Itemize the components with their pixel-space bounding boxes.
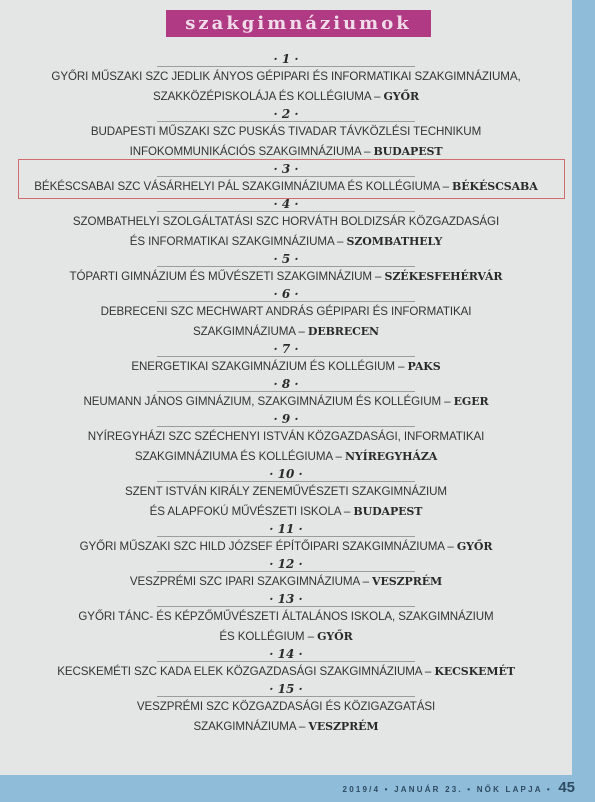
rank-number: · 14 · (0, 647, 572, 661)
school-name-line: ENERGETIKAI SZAKGIMNÁZIUM ÉS KOLLÉGIUM –… (0, 357, 572, 377)
rank-number: · 4 · (0, 197, 572, 211)
city-name: EGER (454, 395, 489, 408)
school-name-line: SZAKGIMNÁZIUMA – DEBRECEN (0, 322, 572, 342)
school-name-line: VESZPRÉMI SZC KÖZGAZDASÁGI ÉS KÖZIGAZGAT… (0, 697, 572, 717)
list-item: · 4 ·SZOMBATHELYI SZOLGÁLTATÁSI SZC HORV… (0, 197, 572, 252)
school-name: BUDAPESTI MŰSZAKI SZC PUSKÁS TIVADAR TÁV… (91, 125, 481, 138)
school-name-line: SZAKKÖZÉPISKOLÁJA ÉS KOLLÉGIUMA – GYŐR (0, 87, 572, 107)
list-item: · 1 ·GYŐRI MŰSZAKI SZC JEDLIK ÁNYOS GÉPI… (0, 52, 572, 107)
school-name: GYŐRI TÁNC- ÉS KÉPZŐMŰVÉSZETI ÁLTALÁNOS … (78, 610, 493, 623)
school-name: GYŐRI MŰSZAKI SZC HILD JÓZSEF ÉPÍTŐIPARI… (80, 540, 457, 553)
school-name-line: VESZPRÉMI SZC IPARI SZAKGIMNÁZIUMA – VES… (0, 572, 572, 592)
school-name-line: SZOMBATHELYI SZOLGÁLTATÁSI SZC HORVÁTH B… (0, 212, 572, 232)
list-item: · 14 ·KECSKEMÉTI SZC KADA ELEK KÖZGAZDAS… (0, 647, 572, 682)
rank-number: · 6 · (0, 287, 572, 301)
school-name: TÓPARTI GIMNÁZIUM ÉS MŰVÉSZETI SZAKGIMNÁ… (70, 270, 385, 283)
school-name: VESZPRÉMI SZC KÖZGAZDASÁGI ÉS KÖZIGAZGAT… (137, 700, 435, 713)
rank-number: · 7 · (0, 342, 572, 356)
city-name: GYŐR (383, 90, 419, 103)
list-item: · 12 ·VESZPRÉMI SZC IPARI SZAKGIMNÁZIUMA… (0, 557, 572, 592)
school-name: INFOKOMMUNIKÁCIÓS SZAKGIMNÁZIUMA – (130, 145, 374, 158)
school-name-line: BUDAPESTI MŰSZAKI SZC PUSKÁS TIVADAR TÁV… (0, 122, 572, 142)
rank-number: · 13 · (0, 592, 572, 606)
city-name: PAKS (408, 360, 441, 373)
page-number: 45 (558, 779, 575, 796)
city-name: VESZPRÉM (308, 720, 378, 733)
rank-number: · 5 · (0, 252, 572, 266)
footer-date: JANUÁR 23. (394, 785, 463, 794)
city-name: BUDAPEST (353, 505, 422, 518)
school-name: SZAKGIMNÁZIUMA ÉS KOLLÉGIUMA – (135, 450, 345, 463)
city-name: GYŐR (457, 540, 493, 553)
section-title: szakgimnáziumok (166, 10, 431, 37)
footer-issue: 2019/4 (343, 785, 381, 794)
city-name: SZOMBATHELY (347, 235, 443, 248)
list-item: · 13 ·GYŐRI TÁNC- ÉS KÉPZŐMŰVÉSZETI ÁLTA… (0, 592, 572, 647)
city-name: DEBRECEN (308, 325, 379, 338)
school-name-line: ÉS ALAPFOKÚ MŰVÉSZETI ISKOLA – BUDAPEST (0, 502, 572, 522)
footer-separator: • (467, 785, 472, 794)
footer-separator: • (385, 785, 390, 794)
school-name-line: SZAKGIMNÁZIUMA ÉS KOLLÉGIUMA – NYÍREGYHÁ… (0, 447, 572, 467)
list-item: · 7 ·ENERGETIKAI SZAKGIMNÁZIUM ÉS KOLLÉG… (0, 342, 572, 377)
list-item: · 6 ·DEBRECENI SZC MECHWART ANDRÁS GÉPIP… (0, 287, 572, 342)
rank-number: · 2 · (0, 107, 572, 121)
ranking-list: · 1 ·GYŐRI MŰSZAKI SZC JEDLIK ÁNYOS GÉPI… (0, 52, 572, 737)
school-name-line: ÉS KOLLÉGIUM – GYŐR (0, 627, 572, 647)
school-name: ÉS ALAPFOKÚ MŰVÉSZETI ISKOLA – (150, 505, 354, 518)
footer-magazine: NŐK LAPJA (477, 785, 543, 794)
school-name-line: GYŐRI MŰSZAKI SZC JEDLIK ÁNYOS GÉPIPARI … (0, 67, 572, 87)
school-name-line: NEUMANN JÁNOS GIMNÁZIUM, SZAKGIMNÁZIUM É… (0, 392, 572, 412)
highlight-box (18, 159, 565, 199)
magazine-page: szakgimnáziumok · 1 ·GYŐRI MŰSZAKI SZC J… (0, 0, 572, 775)
city-name: SZÉKESFEHÉRVÁR (385, 270, 503, 283)
school-name-line: GYŐRI TÁNC- ÉS KÉPZŐMŰVÉSZETI ÁLTALÁNOS … (0, 607, 572, 627)
school-name: SZENT ISTVÁN KIRÁLY ZENEMŰVÉSZETI SZAKGI… (125, 485, 447, 498)
school-name: SZAKGIMNÁZIUMA – (193, 325, 308, 338)
school-name: SZOMBATHELYI SZOLGÁLTATÁSI SZC HORVÁTH B… (73, 215, 499, 228)
rank-number: · 10 · (0, 467, 572, 481)
city-name: VESZPRÉM (372, 575, 442, 588)
list-item: · 2 ·BUDAPESTI MŰSZAKI SZC PUSKÁS TIVADA… (0, 107, 572, 162)
city-name: GYŐR (317, 630, 353, 643)
school-name: SZAKGIMNÁZIUMA – (194, 720, 309, 733)
school-name-line: TÓPARTI GIMNÁZIUM ÉS MŰVÉSZETI SZAKGIMNÁ… (0, 267, 572, 287)
city-name: NYÍREGYHÁZA (345, 450, 437, 463)
rank-number: · 1 · (0, 52, 572, 66)
school-name-line: ÉS INFORMATIKAI SZAKGIMNÁZIUMA – SZOMBAT… (0, 232, 572, 252)
rank-number: · 8 · (0, 377, 572, 391)
school-name-line: GYŐRI MŰSZAKI SZC HILD JÓZSEF ÉPÍTŐIPARI… (0, 537, 572, 557)
list-item: · 9 ·NYÍREGYHÁZI SZC SZÉCHENYI ISTVÁN KÖ… (0, 412, 572, 467)
list-item: · 11 ·GYŐRI MŰSZAKI SZC HILD JÓZSEF ÉPÍT… (0, 522, 572, 557)
section-header: szakgimnáziumok (166, 10, 431, 37)
school-name-line: NYÍREGYHÁZI SZC SZÉCHENYI ISTVÁN KÖZGAZD… (0, 427, 572, 447)
school-name: ÉS KOLLÉGIUM – (219, 630, 317, 643)
school-name: NYÍREGYHÁZI SZC SZÉCHENYI ISTVÁN KÖZGAZD… (88, 430, 485, 443)
rank-number: · 12 · (0, 557, 572, 571)
school-name: ÉS INFORMATIKAI SZAKGIMNÁZIUMA – (130, 235, 347, 248)
school-name: KECSKEMÉTI SZC KADA ELEK KÖZGAZDASÁGI SZ… (57, 665, 434, 678)
school-name: GYŐRI MŰSZAKI SZC JEDLIK ÁNYOS GÉPIPARI … (51, 70, 520, 83)
rank-number: · 15 · (0, 682, 572, 696)
school-name-line: KECSKEMÉTI SZC KADA ELEK KÖZGAZDASÁGI SZ… (0, 662, 572, 682)
footer-separator: • (547, 785, 552, 794)
list-item: · 15 ·VESZPRÉMI SZC KÖZGAZDASÁGI ÉS KÖZI… (0, 682, 572, 737)
school-name-line: SZENT ISTVÁN KIRÁLY ZENEMŰVÉSZETI SZAKGI… (0, 482, 572, 502)
school-name: NEUMANN JÁNOS GIMNÁZIUM, SZAKGIMNÁZIUM É… (83, 395, 453, 408)
school-name-line: SZAKGIMNÁZIUMA – VESZPRÉM (0, 717, 572, 737)
rank-number: · 11 · (0, 522, 572, 536)
school-name: DEBRECENI SZC MECHWART ANDRÁS GÉPIPARI É… (101, 305, 472, 318)
city-name: KECSKEMÉT (434, 665, 514, 678)
list-item: · 5 ·TÓPARTI GIMNÁZIUM ÉS MŰVÉSZETI SZAK… (0, 252, 572, 287)
school-name: ENERGETIKAI SZAKGIMNÁZIUM ÉS KOLLÉGIUM – (131, 360, 407, 373)
list-item: · 10 ·SZENT ISTVÁN KIRÁLY ZENEMŰVÉSZETI … (0, 467, 572, 522)
school-name-line: DEBRECENI SZC MECHWART ANDRÁS GÉPIPARI É… (0, 302, 572, 322)
school-name: VESZPRÉMI SZC IPARI SZAKGIMNÁZIUMA – (130, 575, 372, 588)
list-item: · 8 ·NEUMANN JÁNOS GIMNÁZIUM, SZAKGIMNÁZ… (0, 377, 572, 412)
city-name: BUDAPEST (373, 145, 442, 158)
rank-number: · 9 · (0, 412, 572, 426)
page-footer: 2019/4 • JANUÁR 23. • NŐK LAPJA • 45 (343, 777, 575, 799)
school-name: SZAKKÖZÉPISKOLÁJA ÉS KOLLÉGIUMA – (153, 90, 384, 103)
